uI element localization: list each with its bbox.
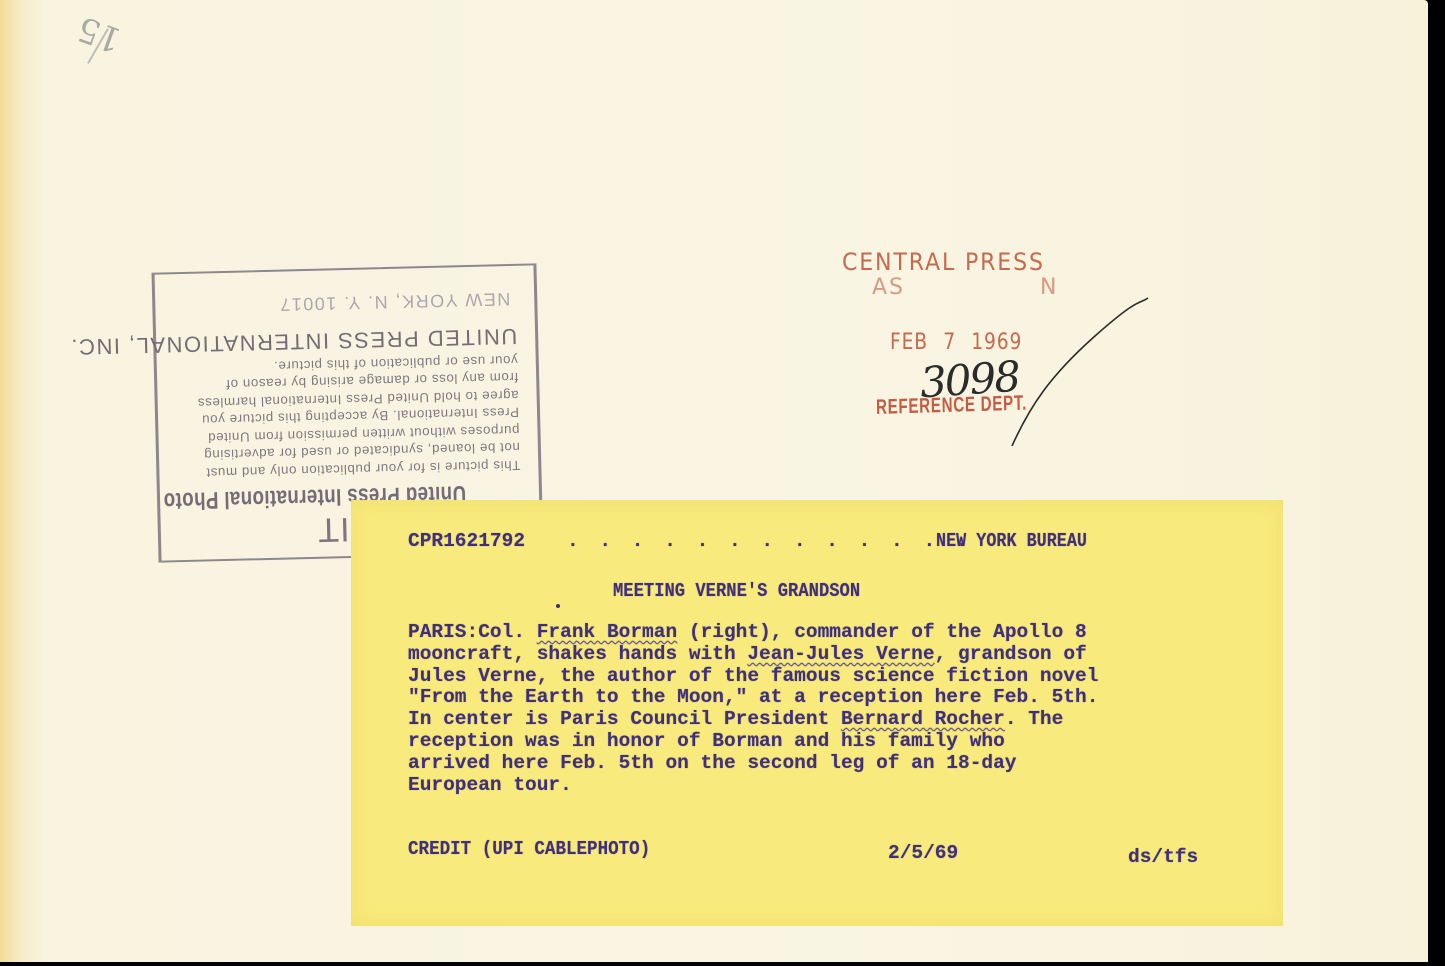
caption-credit: CREDIT (UPI CABLEPHOTO) (408, 838, 650, 860)
caption-body-line: reception was in honor of Borman and his… (408, 731, 1098, 753)
caption-date: 2/5/69 (888, 842, 958, 864)
caption-leader-dots: . . . . . . . . . . . . . (567, 530, 972, 552)
caption-body-line: arrived here Feb. 5th on the second leg … (408, 753, 1098, 775)
underlined-name: Jean-Jules Verne (747, 643, 934, 665)
photo-back-sheet: 15 CREDIT United Press International Pho… (0, 0, 1428, 962)
caption-body-line: Jules Verne, the author of the famous sc… (408, 666, 1098, 688)
stamp-notice: This picture is for your publication onl… (171, 351, 521, 482)
caption-slip: CPR1621792 . . . . . . . . . . . . . NEW… (351, 500, 1283, 926)
caption-body: PARIS:Col. Frank Borman (right), command… (408, 622, 1098, 796)
stamp-line2: ASN (872, 275, 1058, 300)
stamp-line1: CENTRAL PRESS (842, 248, 1045, 276)
caption-body-line: mooncraft, shakes hands with Jean-Jules … (408, 644, 1098, 666)
stamp-line2-start: AS (872, 275, 905, 300)
check-mark-stroke (1010, 296, 1150, 446)
caption-bureau: NEW YORK BUREAU (936, 530, 1087, 552)
caption-initials: ds/tfs (1128, 846, 1198, 868)
caption-body-line: European tour. (408, 775, 1098, 797)
underlined-name: Bernard Rocher (841, 708, 1005, 730)
underlined-name: Frank Borman (537, 621, 677, 643)
caption-headline: MEETING VERNE'S GRANDSON (613, 580, 860, 602)
stamp-address: NEW YORK, N. Y. 10017 (169, 288, 510, 317)
caption-body-line: In center is Paris Council President Ber… (408, 709, 1098, 731)
stamp-line2-end: N (1040, 275, 1058, 300)
caption-slug: CPR1621792 (408, 530, 525, 552)
handwritten-number: 3098 (918, 352, 1020, 408)
stamp-month: FEB (890, 330, 928, 355)
caption-body-line: "From the Earth to the Moon," at a recep… (408, 687, 1098, 709)
stamp-day: 7 (943, 330, 956, 355)
caption-body-line: PARIS:Col. Frank Borman (right), command… (408, 622, 1098, 644)
stray-dot (556, 604, 560, 608)
pencil-mark: 15 (72, 8, 126, 60)
